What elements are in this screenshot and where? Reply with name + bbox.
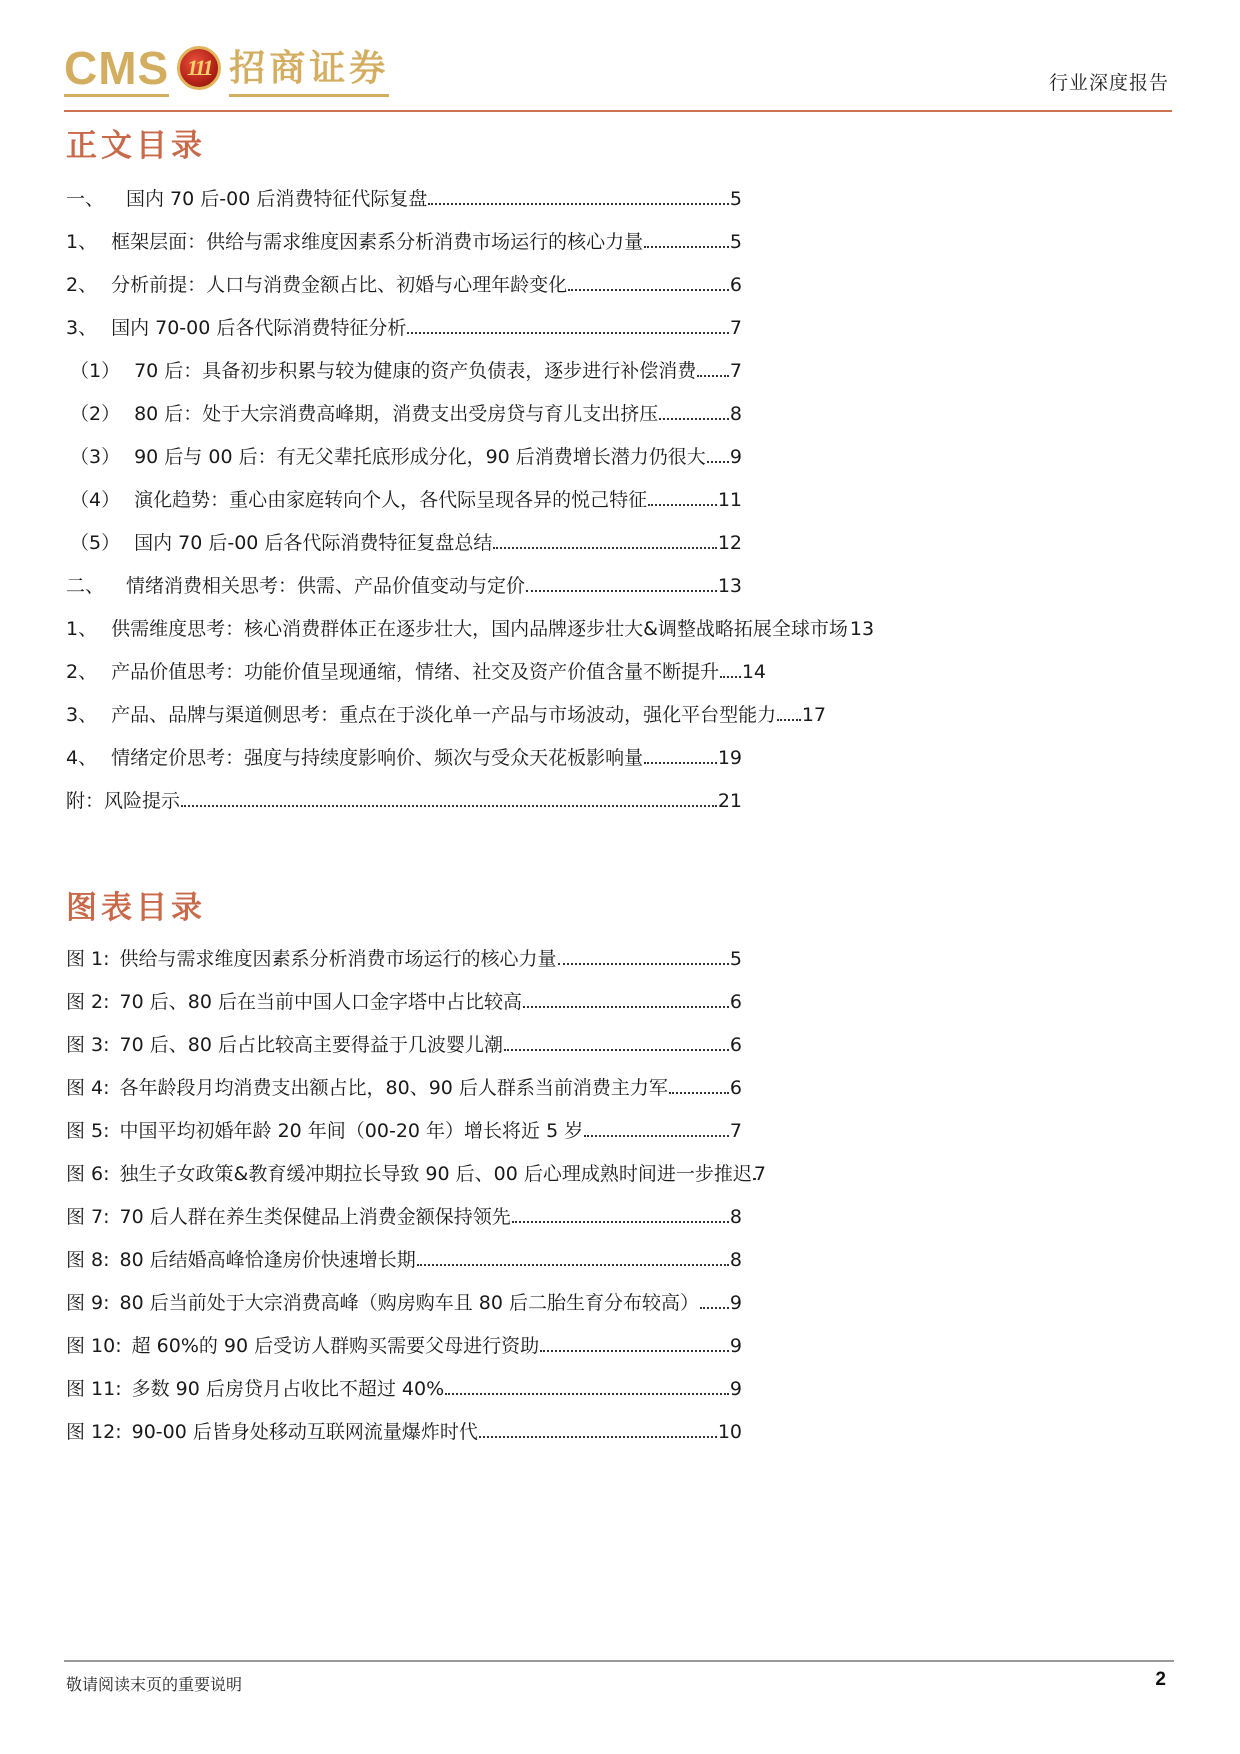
toc-entry[interactable]: （1）70 后：具备初步积累与较为健康的资产负债表，逐步进行补偿消费7 (70, 358, 742, 384)
toc-entry-page: 13 (850, 616, 874, 642)
toc-leader-dots (644, 230, 729, 248)
toc-entry-page: 9 (730, 1290, 742, 1316)
toc-entry[interactable]: 附：风险提示21 (66, 788, 742, 814)
toc-leader-dots (720, 660, 741, 678)
toc-leader-dots (181, 789, 717, 807)
toc-entry-page: 8 (730, 1204, 742, 1230)
toc-entry-title: 国内 70 后-00 后各代际消费特征复盘总结 (134, 530, 492, 556)
toc-entry-title: 国内 70 后-00 后消费特征代际复盘 (126, 186, 427, 212)
toc-entry-number: （4） (70, 487, 120, 513)
toc-entry-number: （3） (70, 444, 120, 470)
toc-entry-page: 6 (730, 1032, 742, 1058)
toc-entry-number: 图 11: (66, 1376, 122, 1402)
toc-entry[interactable]: 3、国内 70-00 后各代际消费特征分析7 (66, 315, 742, 341)
toc-entry-title: 90-00 后皆身处移动互联网流量爆炸时代 (132, 1419, 478, 1445)
toc-entry[interactable]: 图 1:供给与需求维度因素系分析消费市场运行的核心力量5 (66, 946, 742, 972)
toc-entry-page: 9 (730, 1333, 742, 1359)
toc-entry-title: 供给与需求维度因素系分析消费市场运行的核心力量 (120, 946, 557, 972)
toc-entry-page: 7 (730, 358, 742, 384)
toc-entry[interactable]: 2、分析前提：人口与消费金额占比、初婚与心理年龄变化6 (66, 272, 742, 298)
toc-entry-title: 超 60%的 90 后受访人群购买需要父母进行资助 (132, 1333, 540, 1359)
toc-entry-number: 3、 (66, 702, 97, 728)
toc-entry-title: 分析前提：人口与消费金额占比、初婚与心理年龄变化 (111, 272, 567, 298)
toc-entry-number: 图 6: (66, 1161, 110, 1187)
toc-entry-number: （5） (70, 530, 120, 556)
toc-entry-title: 框架层面：供给与需求维度因素系分析消费市场运行的核心力量 (111, 229, 643, 255)
toc-entry-page: 11 (718, 487, 742, 513)
toc-entry-number: 图 2: (66, 989, 110, 1015)
toc-entry-page: 7 (754, 1161, 766, 1187)
toc-leader-dots (697, 359, 729, 377)
toc-entry[interactable]: 图 2:70 后、80 后在当前中国人口金字塔中占比较高6 (66, 989, 742, 1015)
logo-chinese-name: 招商证券 (229, 44, 389, 97)
toc-entry-number: 二、 (66, 573, 104, 599)
toc-entry-page: 12 (718, 530, 742, 556)
footer-disclaimer-note: 敬请阅读末页的重要说明 (66, 1672, 242, 1695)
toc-entry-title: 演化趋势：重心由家庭转向个人，各代际呈现各异的悦己特征 (134, 487, 647, 513)
toc-leader-dots (558, 947, 729, 965)
toc-leader-dots (584, 1119, 729, 1137)
toc-entry[interactable]: 图 3:70 后、80 后占比较高主要得益于几波婴儿潮6 (66, 1032, 742, 1058)
toc-entry-number: 图 12: (66, 1419, 122, 1445)
toc-entry-number: 2、 (66, 659, 97, 685)
toc-entry-page: 9 (730, 1376, 742, 1402)
toc-entry-title: 情绪消费相关思考：供需、产品价值变动与定价 (126, 573, 525, 599)
toc-leader-dots (523, 990, 729, 1008)
toc-leader-dots (707, 445, 729, 463)
toc-entry-title: 产品、品牌与渠道侧思考：重点在于淡化单一产品与市场波动，强化平台型能力 (111, 702, 776, 728)
toc-entry[interactable]: 1、供需维度思考：核心消费群体正在逐步壮大，国内品牌逐步壮大&调整战略拓展全球市… (66, 616, 826, 642)
toc-entry-page: 21 (718, 788, 742, 814)
toc-entry-title: 70 后：具备初步积累与较为健康的资产负债表，逐步进行补偿消费 (134, 358, 696, 384)
toc-entry-page: 9 (730, 444, 742, 470)
toc-entry-page: 6 (730, 272, 742, 298)
toc-entry-page: 13 (718, 573, 742, 599)
toc-figures-title: 图表目录 (66, 882, 206, 927)
toc-entry-number: 2、 (66, 272, 97, 298)
toc-entry-number: 3、 (66, 315, 97, 341)
toc-leader-dots (504, 1033, 729, 1051)
page-number: 2 (1155, 1669, 1166, 1691)
logo-text: CMS (64, 44, 169, 97)
toc-entry-number: 图 10: (66, 1333, 122, 1359)
toc-leader-dots (407, 316, 729, 334)
toc-entry-page: 8 (730, 1247, 742, 1273)
toc-entry-page: 14 (742, 659, 766, 685)
toc-entry-title: 风险提示 (104, 788, 180, 814)
toc-entry-number: 1、 (66, 229, 97, 255)
toc-entry-page: 6 (730, 1075, 742, 1101)
logo-badge-icon: 111 (177, 46, 221, 90)
toc-entry-number: 图 8: (66, 1247, 110, 1273)
toc-entry-title: 80 后：处于大宗消费高峰期，消费支出受房贷与育儿支出挤压 (134, 401, 658, 427)
toc-leader-dots (777, 703, 801, 721)
toc-entry-number: （2） (70, 401, 120, 427)
toc-entry-page: 7 (730, 1118, 742, 1144)
page-header: CMS 111 招商证券 行业深度报告 (0, 0, 1240, 115)
toc-entry-page: 6 (730, 989, 742, 1015)
header-divider (64, 110, 1172, 112)
toc-entry[interactable]: 图 8:80 后结婚高峰恰逢房价快速增长期8 (66, 1247, 742, 1273)
toc-entry-page: 5 (730, 186, 742, 212)
toc-entry-title: 独生子女政策&教育缓冲期拉长导致 90 后、00 后心理成熟时间进一步推迟 (120, 1161, 752, 1187)
cms-logo: CMS 111 招商证券 (64, 44, 389, 100)
toc-entry-number: （1） (70, 358, 120, 384)
toc-entry[interactable]: （5）国内 70 后-00 后各代际消费特征复盘总结12 (70, 530, 742, 556)
toc-entry-number: 4、 (66, 745, 97, 771)
toc-entry-title: 70 后、80 后占比较高主要得益于几波婴儿潮 (120, 1032, 503, 1058)
toc-entry[interactable]: 2、产品价值思考：功能价值呈现通缩，情绪、社交及资产价值含量不断提升14 (66, 659, 766, 685)
toc-entry-number: 1、 (66, 616, 97, 642)
toc-entry[interactable]: 图 7:70 后人群在养生类保健品上消费金额保持领先8 (66, 1204, 742, 1230)
toc-entry[interactable]: 一、国内 70 后-00 后消费特征代际复盘5 (66, 186, 742, 212)
toc-leader-dots (479, 1420, 717, 1438)
toc-leader-dots (512, 1205, 729, 1223)
toc-entry[interactable]: 二、情绪消费相关思考：供需、产品价值变动与定价13 (66, 573, 742, 599)
toc-entry-number: 图 3: (66, 1032, 110, 1058)
toc-entry-page: 19 (718, 745, 742, 771)
toc-entry-number: 图 9: (66, 1290, 110, 1316)
toc-entry-page: 7 (730, 315, 742, 341)
toc-entry[interactable]: 图 11:多数 90 后房贷月占收比不超过 40%9 (66, 1376, 742, 1402)
document-page: CMS 111 招商证券 行业深度报告 正文目录 一、国内 70 后-00 后消… (0, 0, 1240, 1754)
toc-entry-number: 图 7: (66, 1204, 110, 1230)
toc-entry[interactable]: 4、情绪定价思考：强度与持续度影响价、频次与受众天花板影响量19 (66, 745, 742, 771)
toc-entry-page: 5 (730, 946, 742, 972)
toc-leader-dots (417, 1248, 729, 1266)
toc-entry-number: 附： (66, 788, 104, 814)
toc-entry-page: 10 (718, 1419, 742, 1445)
toc-entry-number: 图 5: (66, 1118, 110, 1144)
toc-entry-number: 图 4: (66, 1075, 110, 1101)
toc-entry-title: 70 后人群在养生类保健品上消费金额保持领先 (120, 1204, 511, 1230)
toc-leader-dots (669, 1076, 729, 1094)
toc-entry-title: 80 后结婚高峰恰逢房价快速增长期 (120, 1247, 416, 1273)
toc-leader-dots (659, 402, 729, 420)
toc-entry-title: 中国平均初婚年龄 20 年间（00-20 年）增长将近 5 岁 (120, 1118, 584, 1144)
toc-entry[interactable]: 图 4:各年龄段月均消费支出额占比，80、90 后人群系当前消费主力军6 (66, 1075, 742, 1101)
toc-leader-dots (445, 1377, 729, 1395)
toc-entry[interactable]: （2）80 后：处于大宗消费高峰期，消费支出受房贷与育儿支出挤压8 (70, 401, 742, 427)
toc-entry[interactable]: （4）演化趋势：重心由家庭转向个人，各代际呈现各异的悦己特征11 (70, 487, 742, 513)
toc-leader-dots (568, 273, 729, 291)
toc-leader-dots (700, 1291, 729, 1309)
toc-entry-title: 国内 70-00 后各代际消费特征分析 (111, 315, 406, 341)
toc-entry-page: 17 (802, 702, 826, 728)
toc-entry-page: 5 (730, 229, 742, 255)
toc-main-title: 正文目录 (66, 120, 206, 165)
toc-entry[interactable]: 图 10:超 60%的 90 后受访人群购买需要父母进行资助9 (66, 1333, 742, 1359)
toc-entry-number: 一、 (66, 186, 104, 212)
toc-entry-title: 80 后当前处于大宗消费高峰（购房购车且 80 后二胎生育分布较高） (120, 1290, 699, 1316)
toc-entry-title: 供需维度思考：核心消费群体正在逐步壮大，国内品牌逐步壮大&调整战略拓展全球市场 (111, 616, 848, 642)
toc-leader-dots (540, 1334, 729, 1352)
toc-entry[interactable]: 图 6:独生子女政策&教育缓冲期拉长导致 90 后、00 后心理成熟时间进一步推… (66, 1161, 766, 1187)
toc-entry-number: 图 1: (66, 946, 110, 972)
toc-entry[interactable]: 图 5:中国平均初婚年龄 20 年间（00-20 年）增长将近 5 岁7 (66, 1118, 742, 1144)
toc-entry[interactable]: 图 12:90-00 后皆身处移动互联网流量爆炸时代10 (66, 1419, 742, 1445)
toc-entry[interactable]: 1、框架层面：供给与需求维度因素系分析消费市场运行的核心力量5 (66, 229, 742, 255)
toc-leader-dots (526, 574, 717, 592)
toc-leader-dots (428, 187, 729, 205)
toc-leader-dots (648, 488, 717, 506)
toc-entry-title: 70 后、80 后在当前中国人口金字塔中占比较高 (120, 989, 522, 1015)
toc-entry-title: 90 后与 00 后：有无父辈托底形成分化，90 后消费增长潜力仍很大 (134, 444, 706, 470)
toc-leader-dots (644, 746, 717, 764)
toc-entry-title: 情绪定价思考：强度与持续度影响价、频次与受众天花板影响量 (111, 745, 643, 771)
toc-entry-title: 产品价值思考：功能价值呈现通缩，情绪、社交及资产价值含量不断提升 (111, 659, 719, 685)
toc-entry[interactable]: 3、产品、品牌与渠道侧思考：重点在于淡化单一产品与市场波动，强化平台型能力17 (66, 702, 826, 728)
toc-entry[interactable]: （3）90 后与 00 后：有无父辈托底形成分化，90 后消费增长潜力仍很大9 (70, 444, 742, 470)
toc-entry-title: 多数 90 后房贷月占收比不超过 40% (132, 1376, 445, 1402)
footer-divider (64, 1660, 1174, 1662)
toc-entry-title: 各年龄段月均消费支出额占比，80、90 后人群系当前消费主力军 (120, 1075, 668, 1101)
toc-entry-page: 8 (730, 401, 742, 427)
report-type-label: 行业深度报告 (1049, 68, 1169, 95)
toc-leader-dots (493, 531, 716, 549)
toc-entry[interactable]: 图 9:80 后当前处于大宗消费高峰（购房购车且 80 后二胎生育分布较高）9 (66, 1290, 742, 1316)
